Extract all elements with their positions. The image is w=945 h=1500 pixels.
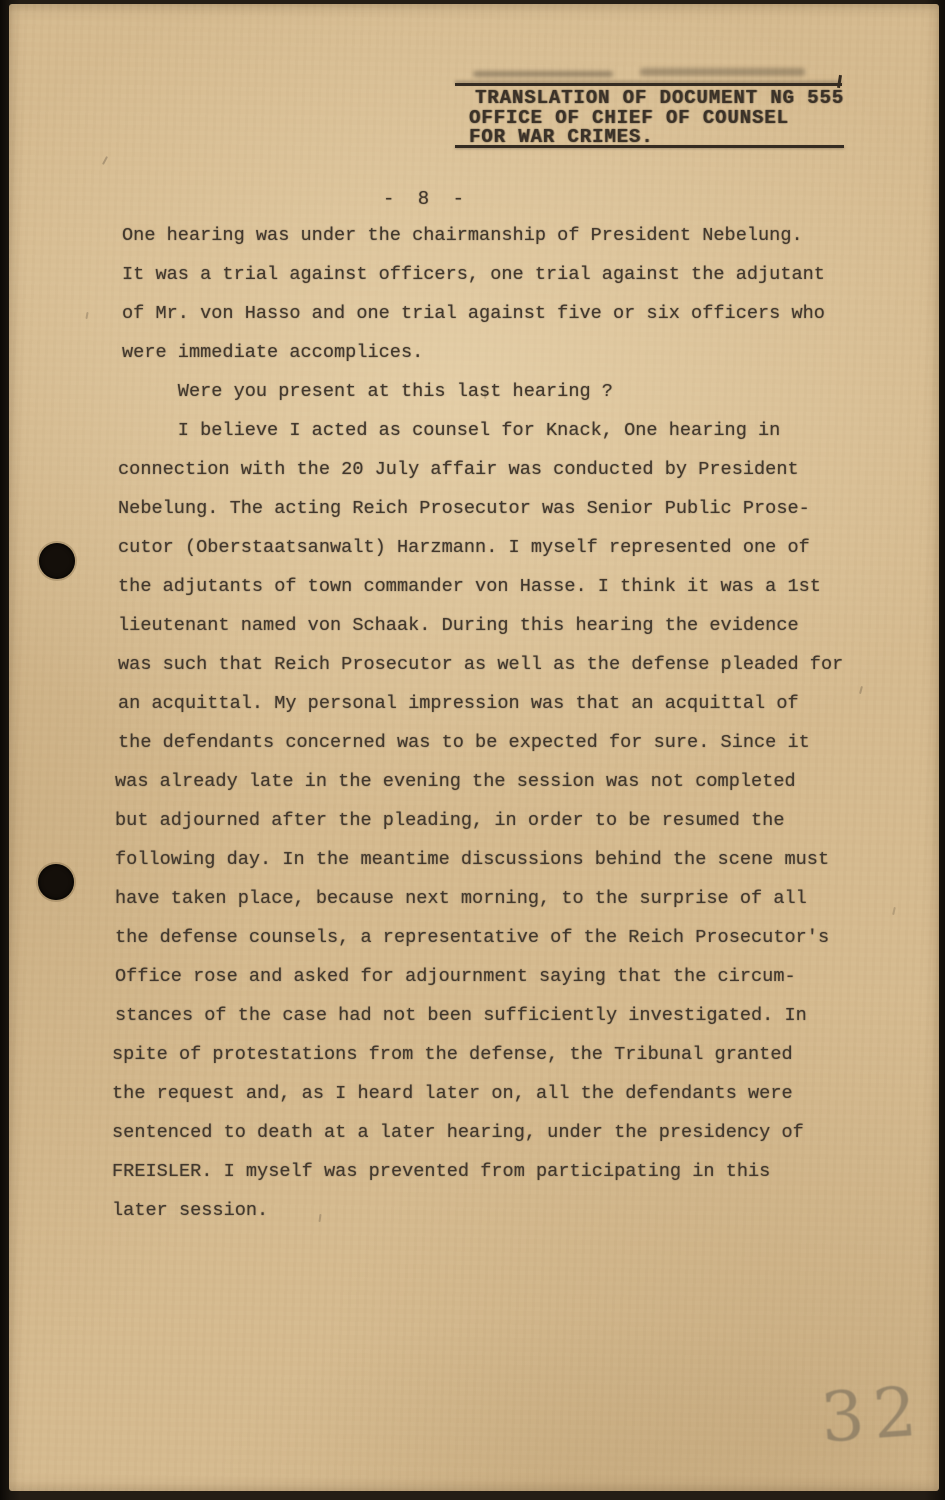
body-line: Nebelung. The acting Reich Prosecutor wa… — [118, 489, 884, 528]
header-top-rule — [455, 83, 842, 86]
body-line: the adjutants of town commander von Hass… — [118, 567, 884, 606]
body-line: cutor (Oberstaatsanwalt) Harzmann. I mys… — [118, 528, 884, 567]
hole-punch-bottom — [38, 864, 74, 900]
body-line: the defendants concerned was to be expec… — [118, 723, 884, 762]
typewritten-body: One hearing was under the chairmanship o… — [114, 216, 884, 1230]
scan-speck — [85, 312, 88, 319]
body-line: I believe I acted as counsel for Knack, … — [122, 411, 884, 450]
body-line: Office rose and asked for adjournment sa… — [115, 957, 884, 996]
body-line: sentenced to death at a later hearing, u… — [112, 1113, 884, 1152]
body-line: have taken place, because next morning, … — [115, 879, 884, 918]
body-line: an acquittal. My personal impression was… — [118, 684, 884, 723]
ink-smudge — [473, 71, 613, 77]
header-bottom-rule — [455, 145, 844, 148]
body-line: following day. In the meantime discussio… — [115, 840, 884, 879]
body-line: spite of protestations from the defense,… — [112, 1035, 884, 1074]
header-title: TRANSLATION OF DOCUMENT NG 555 — [475, 89, 844, 108]
body-line: FREISLER. I myself was prevented from pa… — [112, 1152, 884, 1191]
document-header-stamp: TRANSLATION OF DOCUMENT NG 555 OFFICE OF… — [455, 83, 847, 155]
body-line: later session. — [112, 1191, 884, 1230]
body-line: but adjourned after the pleading, in ord… — [115, 801, 884, 840]
body-line: One hearing was under the chairmanship o… — [122, 216, 884, 255]
paper-sheet: TRANSLATION OF DOCUMENT NG 555 OFFICE OF… — [9, 4, 939, 1491]
body-line: of Mr. von Hasso and one trial against f… — [122, 294, 884, 333]
scanned-document-page: TRANSLATION OF DOCUMENT NG 555 OFFICE OF… — [0, 0, 945, 1500]
body-line: was such that Reich Prosecutor as well a… — [118, 645, 884, 684]
hole-punch-top — [39, 543, 75, 579]
body-line: It was a trial against officers, one tri… — [122, 255, 884, 294]
body-line: Were you present at this last hearing ? — [122, 372, 884, 411]
body-line: stances of the case had not been suffici… — [115, 996, 884, 1035]
handwritten-pencil-number: 32 — [818, 1372, 928, 1459]
body-line: connection with the 20 July affair was c… — [118, 450, 884, 489]
scan-speck — [102, 156, 108, 165]
body-line: lieutenant named von Schaak. During this… — [118, 606, 884, 645]
body-line: the defense counsels, a representative o… — [115, 918, 884, 957]
ink-smudge — [640, 68, 805, 76]
scan-speck — [892, 907, 896, 915]
page-number: - 8 - — [383, 188, 470, 210]
body-line: the request and, as I heard later on, al… — [112, 1074, 884, 1113]
body-line: were immediate accomplices. — [122, 333, 884, 372]
body-line: was already late in the evening the sess… — [115, 762, 884, 801]
